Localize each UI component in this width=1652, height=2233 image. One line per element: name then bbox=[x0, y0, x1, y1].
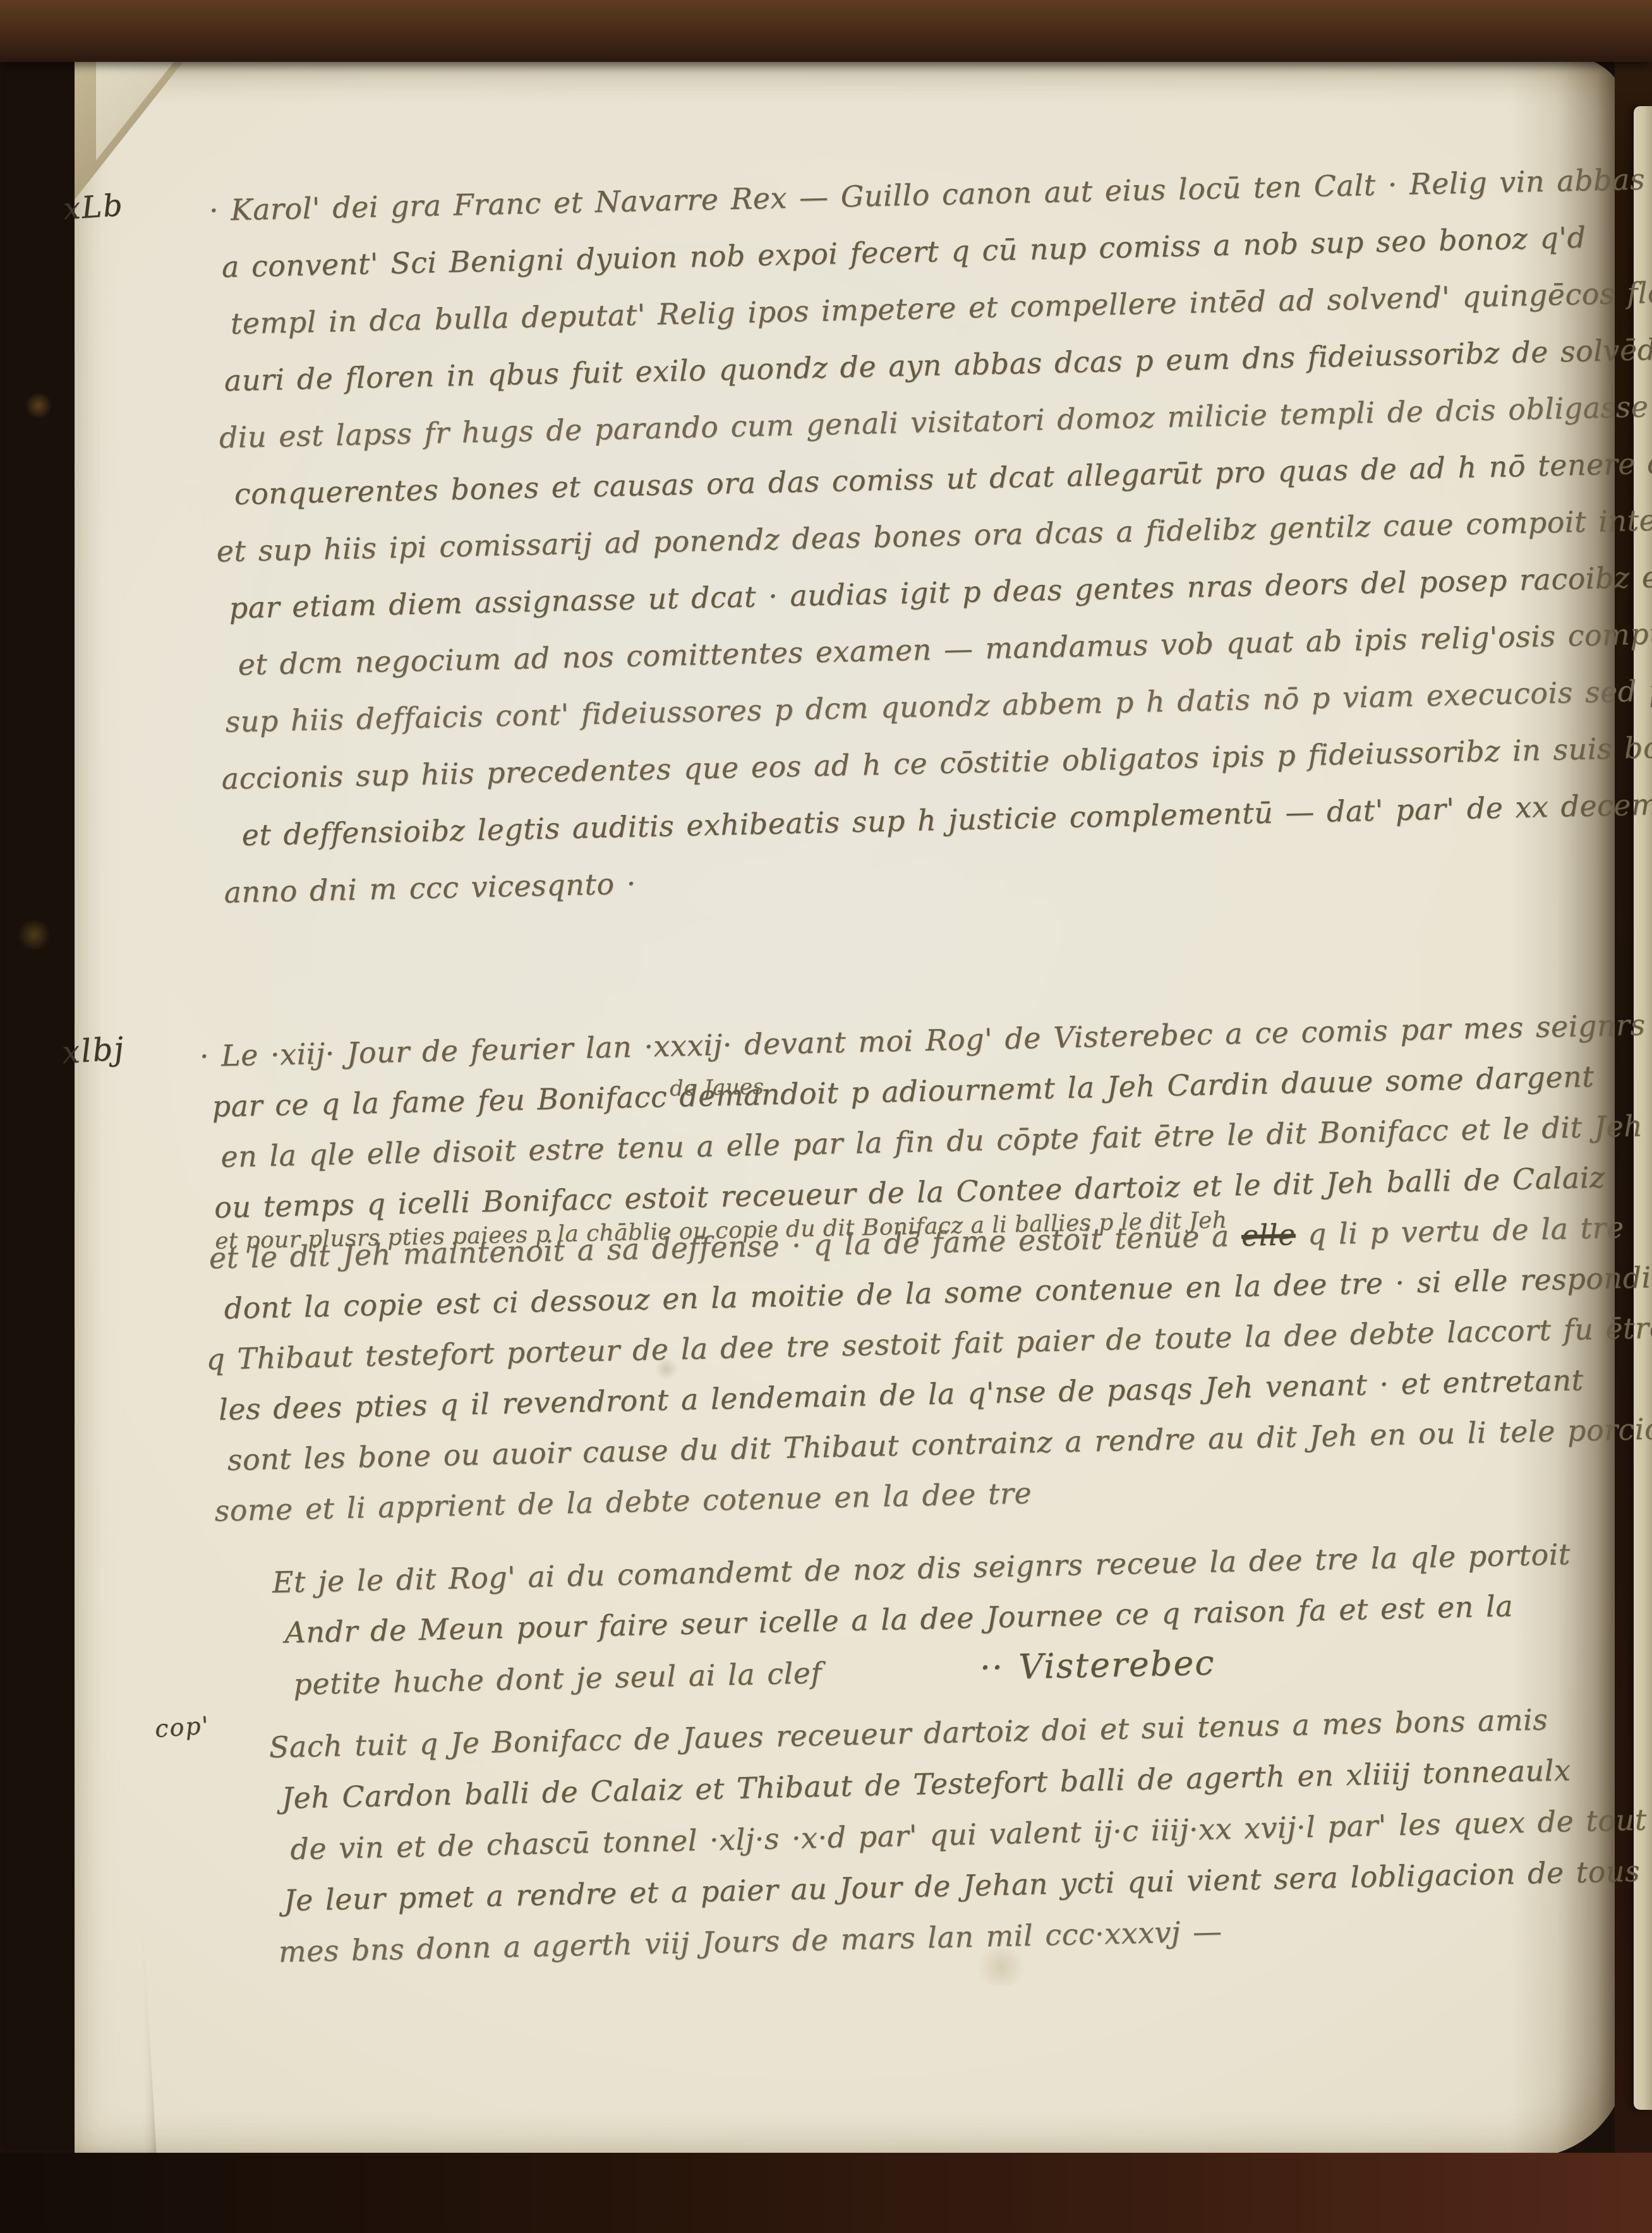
entry2-text-block: · Le ·xiij· Jour de feurier lan ·xxxij· … bbox=[199, 999, 1652, 1536]
entry3-text-block: Et je le dit Rog' ai du comandemt de noz… bbox=[272, 1529, 1573, 1709]
entry1-margin-number: xLb bbox=[62, 188, 124, 227]
binding-bottom bbox=[0, 2153, 1652, 2233]
entry2-interlinear-insertion: de Jaues bbox=[670, 1074, 764, 1101]
text-segment: petite huche dont je seul ai la clef bbox=[293, 1656, 823, 1701]
clerk-signature: ·· Visterebec bbox=[979, 1642, 1215, 1687]
paper-stain bbox=[24, 393, 53, 418]
paper-stain bbox=[16, 920, 52, 950]
entry2-margin-number: xlbj bbox=[61, 1030, 126, 1071]
struck-word: elle bbox=[1241, 1217, 1296, 1253]
entry1-text-block: · Karol' dei gra Franc et Navarre Rex — … bbox=[208, 148, 1652, 921]
binding-top bbox=[0, 0, 1652, 62]
entry4-text-block: Sach tuit q Je Bonifacc de Jaues receueu… bbox=[268, 1692, 1649, 1977]
manuscript-photo: xLb · Karol' dei gra Franc et Navarre Re… bbox=[0, 0, 1652, 2233]
text-segment: q li p vertu de la tre bbox=[1295, 1210, 1624, 1251]
entry4-margin-label: cop' bbox=[154, 1711, 211, 1743]
